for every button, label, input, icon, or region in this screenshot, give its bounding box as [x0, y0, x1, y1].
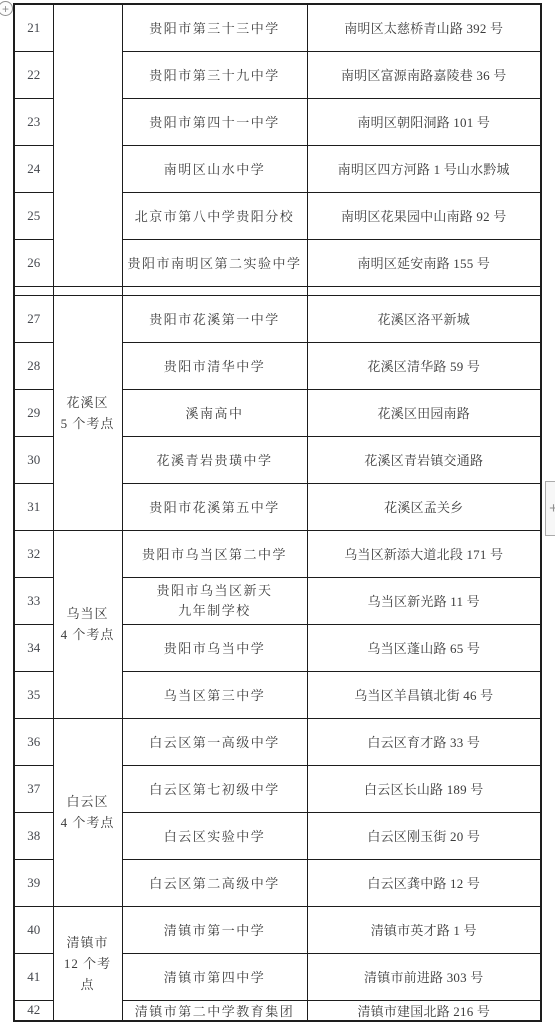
address-cell: 乌当区新添大道北段 171 号	[307, 530, 541, 577]
address-cell: 南明区四方河路 1 号山水黔城	[307, 145, 541, 192]
address-cell: 乌当区蓬山路 65 号	[307, 624, 541, 671]
address-cell: 白云区龚中路 12 号	[307, 859, 541, 906]
school-name-cell: 贵阳市清华中学	[122, 342, 307, 389]
row-number-cell: 39	[14, 859, 53, 906]
row-number-cell: 31	[14, 483, 53, 530]
row-number-cell: 34	[14, 624, 53, 671]
row-number-cell: 32	[14, 530, 53, 577]
gap-cell	[307, 286, 541, 295]
district-name: 花溪区	[60, 392, 116, 413]
address-cell: 乌当区新光路 11 号	[307, 577, 541, 624]
table-row: 36 白云区 4 个考点 白云区第一高级中学 白云区育才路 33 号	[14, 718, 541, 765]
address-cell: 清镇市建国北路 216 号	[307, 1000, 541, 1021]
school-name-cell: 贵阳市乌当中学	[122, 624, 307, 671]
row-number-cell: 24	[14, 145, 53, 192]
row-number-cell: 36	[14, 718, 53, 765]
address-cell: 花溪区田园南路	[307, 389, 541, 436]
district-group-cell: 乌当区 4 个考点	[53, 530, 122, 718]
row-number-cell: 30	[14, 436, 53, 483]
district-group-cell: 清镇市 12 个考点	[53, 906, 122, 1021]
school-name-cell: 白云区第七初级中学	[122, 765, 307, 812]
row-number-cell: 23	[14, 98, 53, 145]
row-number-cell: 25	[14, 192, 53, 239]
table-row: 21 贵阳市第三十三中学 南明区太慈桥青山路 392 号	[14, 4, 541, 51]
row-number-cell: 37	[14, 765, 53, 812]
address-cell: 花溪区青岩镇交通路	[307, 436, 541, 483]
address-cell: 乌当区羊昌镇北街 46 号	[307, 671, 541, 718]
school-name-cell: 贵阳市花溪第一中学	[122, 295, 307, 342]
row-number-cell: 27	[14, 295, 53, 342]
row-number-cell: 21	[14, 4, 53, 51]
zoom-in-side-button[interactable]: +	[545, 481, 555, 536]
school-name-cell: 清镇市第二中学教育集团	[122, 1000, 307, 1021]
row-number-cell: 22	[14, 51, 53, 98]
row-number-cell: 33	[14, 577, 53, 624]
school-name-cell: 贵阳市第四十一中学	[122, 98, 307, 145]
table-row: 32 乌当区 4 个考点 贵阳市乌当区第二中学 乌当区新添大道北段 171 号	[14, 530, 541, 577]
school-name-cell: 贵阳市花溪第五中学	[122, 483, 307, 530]
address-cell: 南明区延安南路 155 号	[307, 239, 541, 286]
address-cell: 白云区刚玉街 20 号	[307, 812, 541, 859]
row-number-cell: 28	[14, 342, 53, 389]
address-cell: 南明区太慈桥青山路 392 号	[307, 4, 541, 51]
school-name-cell: 贵阳市第三十九中学	[122, 51, 307, 98]
table-row: 40 清镇市 12 个考点 清镇市第一中学 清镇市英才路 1 号	[14, 906, 541, 953]
gap-cell	[122, 286, 307, 295]
district-count: 4 个考点	[60, 624, 116, 645]
address-cell: 白云区育才路 33 号	[307, 718, 541, 765]
school-name-cell: 花溪青岩贵璜中学	[122, 436, 307, 483]
plus-icon: +	[549, 500, 555, 517]
school-name-cell: 乌当区第三中学	[122, 671, 307, 718]
plus-icon: +	[2, 3, 9, 15]
school-name-cell: 南明区山水中学	[122, 145, 307, 192]
district-group-cell: 花溪区 5 个考点	[53, 295, 122, 530]
row-number-cell: 40	[14, 906, 53, 953]
row-number-cell: 38	[14, 812, 53, 859]
school-name-cell: 溪南高中	[122, 389, 307, 436]
district-group-cell	[53, 4, 122, 286]
row-number-cell: 26	[14, 239, 53, 286]
district-count: 12 个考点	[60, 953, 116, 995]
address-cell: 白云区长山路 189 号	[307, 765, 541, 812]
address-cell: 南明区花果园中山南路 92 号	[307, 192, 541, 239]
district-name: 清镇市	[60, 932, 116, 953]
school-name-cell: 贵阳市南明区第二实验中学	[122, 239, 307, 286]
address-cell: 花溪区清华路 59 号	[307, 342, 541, 389]
address-cell: 花溪区洛平新城	[307, 295, 541, 342]
address-cell: 花溪区孟关乡	[307, 483, 541, 530]
school-name-cell: 白云区第二高级中学	[122, 859, 307, 906]
gap-cell	[53, 286, 122, 295]
row-number-cell: 42	[14, 1000, 53, 1021]
district-group-cell: 白云区 4 个考点	[53, 718, 122, 906]
school-name-cell: 清镇市第四中学	[122, 953, 307, 1000]
school-name-cell: 清镇市第一中学	[122, 906, 307, 953]
table-row: 27 花溪区 5 个考点 贵阳市花溪第一中学 花溪区洛平新城	[14, 295, 541, 342]
address-cell: 清镇市前进路 303 号	[307, 953, 541, 1000]
district-name: 乌当区	[60, 603, 116, 624]
row-number-cell: 35	[14, 671, 53, 718]
gap-cell	[14, 286, 53, 295]
school-name-cell: 贵阳市乌当区第二中学	[122, 530, 307, 577]
row-number-cell: 29	[14, 389, 53, 436]
district-name: 白云区	[60, 791, 116, 812]
address-cell: 南明区富源南路嘉陵巷 36 号	[307, 51, 541, 98]
page-break-gap-row	[14, 286, 541, 295]
expand-circle-button[interactable]: +	[0, 1, 13, 16]
address-cell: 南明区朝阳洞路 101 号	[307, 98, 541, 145]
address-cell: 清镇市英才路 1 号	[307, 906, 541, 953]
school-name-cell: 白云区第一高级中学	[122, 718, 307, 765]
school-name-cell: 贵阳市乌当区新天 九年制学校	[122, 577, 307, 624]
district-count: 4 个考点	[60, 812, 116, 833]
school-name-cell: 北京市第八中学贵阳分校	[122, 192, 307, 239]
district-count: 5 个考点	[60, 413, 116, 434]
school-name-cell: 贵阳市第三十三中学	[122, 4, 307, 51]
row-number-cell: 41	[14, 953, 53, 1000]
school-name-cell: 白云区实验中学	[122, 812, 307, 859]
exam-sites-table: 21 贵阳市第三十三中学 南明区太慈桥青山路 392 号 22 贵阳市第三十九中…	[13, 3, 542, 1022]
